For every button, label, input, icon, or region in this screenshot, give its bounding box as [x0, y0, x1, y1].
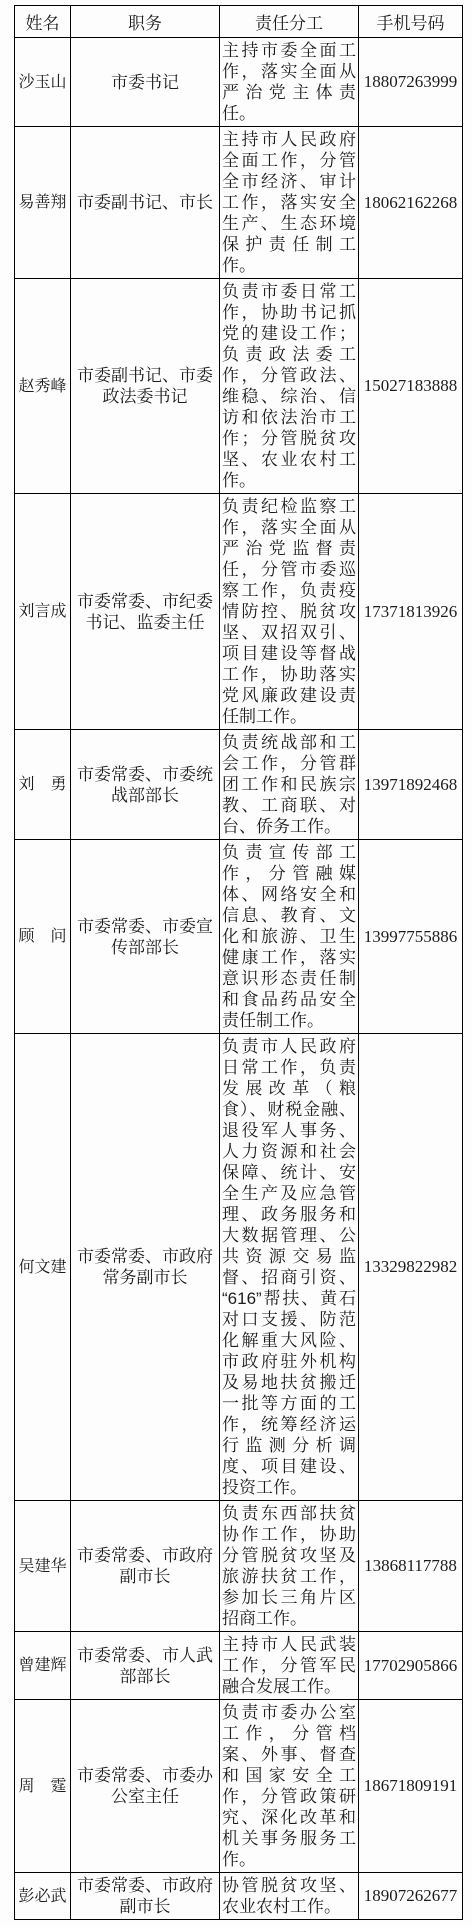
position-cell: 市委常委、市政府副市长	[71, 1873, 220, 1920]
leadership-roster-table: 姓名 职务 责任分工 手机号码 沙玉山 市委书记 主持市委全面工作，落实全面从严…	[14, 5, 463, 1920]
duty-cell: 负责统战部和工会工作，分管群团工作和民族宗教、工商联、对台、侨务工作。	[220, 730, 359, 840]
header-phone: 手机号码	[359, 6, 463, 38]
phone-cell: 18907262677	[359, 1873, 463, 1920]
name-cell: 赵秀峰	[15, 279, 71, 494]
phone-cell: 18807263999	[359, 38, 463, 127]
phone-cell: 17702905866	[359, 1632, 463, 1700]
duty-cell: 主持市委全面工作，落实全面从严治党主体责任。	[220, 38, 359, 127]
phone-cell: 13971892468	[359, 730, 463, 840]
phone-cell: 18062162268	[359, 127, 463, 279]
position-cell: 市委副书记、市委政法委书记	[71, 279, 220, 494]
position-cell: 市委常委、市政府常务副市长	[71, 1034, 220, 1501]
duty-cell: 负责纪检监察工作，落实全面从严治党监督责任，分管市委巡察工作，负责疫情防控、脱贫…	[220, 494, 359, 730]
position-cell: 市委常委、市委办公室主任	[71, 1700, 220, 1873]
table-row: 刘言成 市委常委、市纪委书记、监委主任 负责纪检监察工作，落实全面从严治党监督责…	[15, 494, 463, 730]
table-header: 姓名 职务 责任分工 手机号码	[15, 6, 463, 38]
duty-cell: 负责市委办公室工作，分管档案、外事、督查和国家安全工作，分管政策研究、深化改革和…	[220, 1700, 359, 1873]
table-row: 沙玉山 市委书记 主持市委全面工作，落实全面从严治党主体责任。 18807263…	[15, 38, 463, 127]
position-cell: 市委常委、市委统战部部长	[71, 730, 220, 840]
duty-cell: 主持市人民武装工作，分管军民融合发展工作。	[220, 1632, 359, 1700]
position-cell: 市委常委、市政府副市长	[71, 1501, 220, 1632]
table-row: 易善翔 市委副书记、市长 主持市人民政府全面工作，分管全市经济、审计工作，落实安…	[15, 127, 463, 279]
phone-cell: 13868117788	[359, 1501, 463, 1632]
table-row: 周 霆 市委常委、市委办公室主任 负责市委办公室工作，分管档案、外事、督查和国家…	[15, 1700, 463, 1873]
table-row: 曾建辉 市委常委、市人武部部长 主持市人民武装工作，分管军民融合发展工作。 17…	[15, 1632, 463, 1700]
header-row: 姓名 职务 责任分工 手机号码	[15, 6, 463, 38]
table-row: 刘 勇 市委常委、市委统战部部长 负责统战部和工会工作，分管群团工作和民族宗教、…	[15, 730, 463, 840]
phone-cell: 13997755886	[359, 840, 463, 1034]
position-cell: 市委常委、市委宣传部部长	[71, 840, 220, 1034]
table-row: 彭必武 市委常委、市政府副市长 协管脱贫攻坚、农业农村工作。 189072626…	[15, 1873, 463, 1920]
duty-cell: 负责市委日常工作，协助书记抓党的建设工作；负责政法委工作，分管政法、维稳、综治、…	[220, 279, 359, 494]
duty-cell: 负责宣传部工作，分管融媒体、网络安全和信息、教育、文化和旅游、卫生健康工作，落实…	[220, 840, 359, 1034]
table-row: 何文建 市委常委、市政府常务副市长 负责市人民政府日常工作，负责发展改革（粮食）…	[15, 1034, 463, 1501]
phone-cell: 13329822982	[359, 1034, 463, 1501]
name-cell: 何文建	[15, 1034, 71, 1501]
position-cell: 市委常委、市人武部部长	[71, 1632, 220, 1700]
name-cell: 彭必武	[15, 1873, 71, 1920]
position-cell: 市委书记	[71, 38, 220, 127]
phone-cell: 17371813926	[359, 494, 463, 730]
table-row: 赵秀峰 市委副书记、市委政法委书记 负责市委日常工作，协助书记抓党的建设工作；负…	[15, 279, 463, 494]
duty-cell: 主持市人民政府全面工作，分管全市经济、审计工作，落实安全生产、生态环境保护责任制…	[220, 127, 359, 279]
name-cell: 刘 勇	[15, 730, 71, 840]
position-cell: 市委常委、市纪委书记、监委主任	[71, 494, 220, 730]
phone-cell: 15027183888	[359, 279, 463, 494]
header-name: 姓名	[15, 6, 71, 38]
position-cell: 市委副书记、市长	[71, 127, 220, 279]
name-cell: 易善翔	[15, 127, 71, 279]
table-row: 吴建华 市委常委、市政府副市长 负责东西部扶贫协作工作，协助分管脱贫攻坚及旅游扶…	[15, 1501, 463, 1632]
name-cell: 沙玉山	[15, 38, 71, 127]
name-cell: 刘言成	[15, 494, 71, 730]
duty-cell: 协管脱贫攻坚、农业农村工作。	[220, 1873, 359, 1920]
phone-cell: 18671809191	[359, 1700, 463, 1873]
header-duty: 责任分工	[220, 6, 359, 38]
duty-cell: 负责东西部扶贫协作工作，协助分管脱贫攻坚及旅游扶贫工作，参加长三角片区招商工作。	[220, 1501, 359, 1632]
duty-cell: 负责市人民政府日常工作，负责发展改革（粮食）、财税金融、退役军人事务、人力资源和…	[220, 1034, 359, 1501]
header-position: 职务	[71, 6, 220, 38]
name-cell: 吴建华	[15, 1501, 71, 1632]
name-cell: 周 霆	[15, 1700, 71, 1873]
table-row: 顾 问 市委常委、市委宣传部部长 负责宣传部工作，分管融媒体、网络安全和信息、教…	[15, 840, 463, 1034]
name-cell: 曾建辉	[15, 1632, 71, 1700]
name-cell: 顾 问	[15, 840, 71, 1034]
table-body: 沙玉山 市委书记 主持市委全面工作，落实全面从严治党主体责任。 18807263…	[15, 38, 463, 1920]
